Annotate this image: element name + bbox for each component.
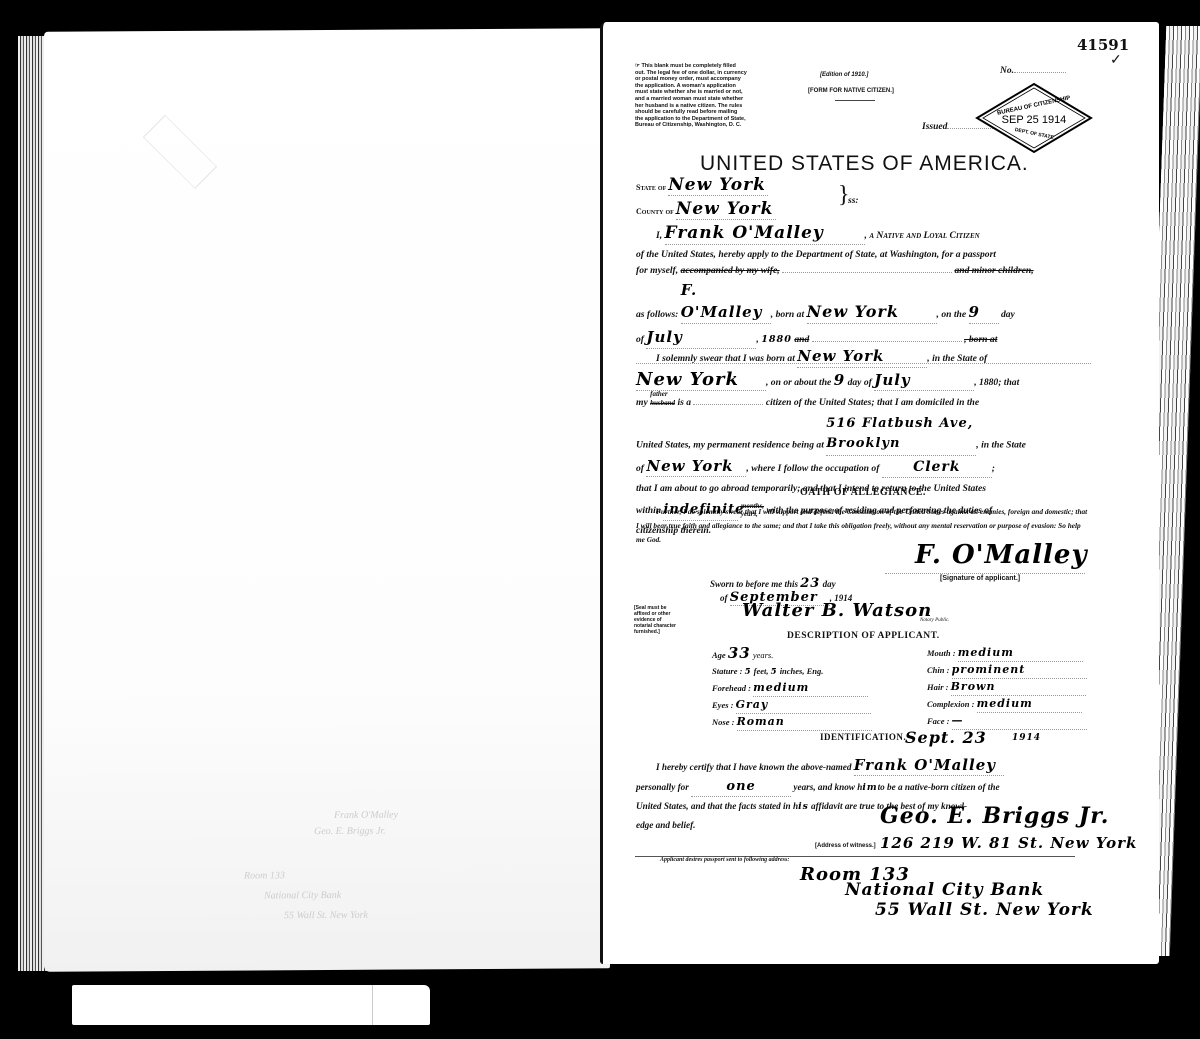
svg-text:SEP 25 1914: SEP 25 1914 <box>1002 114 1067 126</box>
witness-signature: Geo. E. Briggs Jr. <box>880 803 1109 829</box>
ghost-text: Room 133 <box>244 870 285 881</box>
form-type-label: [FORM FOR NATIVE CITIZEN.] <box>808 88 894 94</box>
witness-address: 126 219 W. 81 St. New York <box>880 834 1137 852</box>
notary-signature: Walter B. Watson <box>742 600 932 621</box>
mailing-line-2: National City Bank <box>845 880 1044 900</box>
identification-year: 1914 <box>1012 733 1041 743</box>
left-page: Frank O'Malley Geo. E. Briggs Jr. Room 1… <box>44 28 610 971</box>
paper-slip <box>72 985 430 1025</box>
ghost-text: Frank O'Malley <box>334 810 398 821</box>
state-value: New York <box>668 175 768 196</box>
ghost-text: Geo. E. Briggs Jr. <box>314 826 386 837</box>
seal-note: [Seal must be affixed or other evidence … <box>634 605 678 635</box>
mailing-label: Applicant desires passport sent to follo… <box>660 857 789 863</box>
ghost-text: 55 Wall St. New York <box>284 910 368 922</box>
identification-heading: IDENTIFICATION. <box>820 732 906 742</box>
signature-label: [Signature of applicant.] <box>940 575 1020 582</box>
state-field: State of New York <box>636 175 768 196</box>
notary-label: Notary Public. <box>920 618 949 623</box>
ghost-stamp <box>143 115 217 189</box>
divider <box>835 100 875 101</box>
county-field: County of New York <box>636 199 776 220</box>
witness-address-label: [Address of witness.] <box>815 843 876 849</box>
edition-label: [Edition of 1910.] <box>820 72 868 78</box>
identification-date: Sept. 23 <box>905 728 987 747</box>
document-title: UNITED STATES OF AMERICA. <box>700 152 1029 176</box>
applicant-signature: F. O'Malley <box>915 540 1088 570</box>
no-label: No. <box>1000 66 1066 76</box>
check-mark: ✓ <box>1110 52 1122 69</box>
allegiance-heading: OATH OF ALLEGIANCE. <box>800 487 926 498</box>
mailing-line-3: 55 Wall St. New York <box>875 900 1094 920</box>
sworn-line: Sworn to before me this 23 day <box>710 576 836 591</box>
description-heading: DESCRIPTION OF APPLICANT. <box>787 631 940 641</box>
instructions-note: ☞ This blank must be completely filled o… <box>635 63 747 129</box>
applicant-name: Frank O'Malley <box>665 222 865 245</box>
bureau-of-citizenship-stamp: BUREAU OF CITIZENSHIP SEP 25 1914 DEPT. … <box>975 82 1093 154</box>
county-value: New York <box>676 199 776 220</box>
ss-label: ss: <box>848 196 859 206</box>
ghost-text: National City Bank <box>264 890 341 901</box>
